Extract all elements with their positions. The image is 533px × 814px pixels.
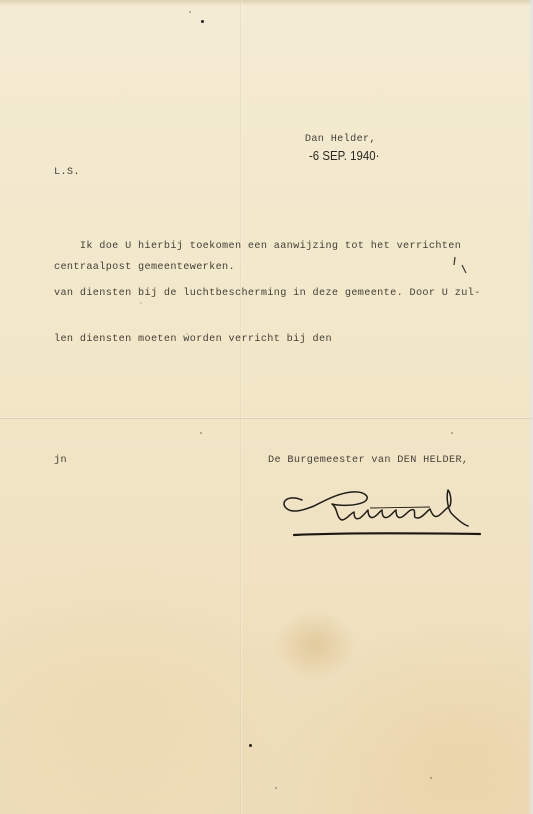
closing-line: centraalpost gemeentewerken. — [54, 260, 235, 276]
place-name: Dan Helder, — [305, 134, 376, 145]
ink-speck — [186, 333, 188, 335]
ink-speck — [249, 744, 252, 747]
ink-speck — [200, 432, 202, 434]
ink-speck — [201, 20, 204, 23]
ink-speck — [451, 432, 453, 434]
typist-initials: jn — [54, 453, 67, 469]
handwritten-signature — [280, 478, 485, 543]
body-line: van diensten bij de luchtbescherming in … — [54, 286, 481, 301]
ink-speck — [275, 787, 277, 789]
horizontal-fold-crease — [0, 417, 533, 419]
ink-speck — [430, 777, 432, 779]
ink-speck — [140, 302, 142, 304]
salutation: L.S. — [54, 165, 80, 181]
signatory-title: De Burgemeester van DEN HELDER, — [268, 453, 468, 469]
body-line: Ik doe U hierbij toekomen een aanwijzing… — [54, 239, 481, 254]
body-line: len diensten moeten worden verricht bij … — [54, 332, 481, 347]
letter-page: Dan Helder, -6 SEP. 1940· L.S. Ik doe U … — [0, 0, 533, 814]
pencil-tick-marks — [452, 255, 472, 277]
paper-right-edge — [528, 0, 533, 814]
paper-top-edge — [0, 0, 533, 6]
letter-body: Ik doe U hierbij toekomen een aanwijzing… — [54, 207, 481, 379]
ink-speck — [189, 11, 191, 13]
date-stamp: -6 SEP. 1940· — [309, 148, 379, 164]
vertical-fold-crease — [240, 0, 242, 814]
date-line: Dan Helder, -6 SEP. 1940· — [279, 116, 389, 183]
